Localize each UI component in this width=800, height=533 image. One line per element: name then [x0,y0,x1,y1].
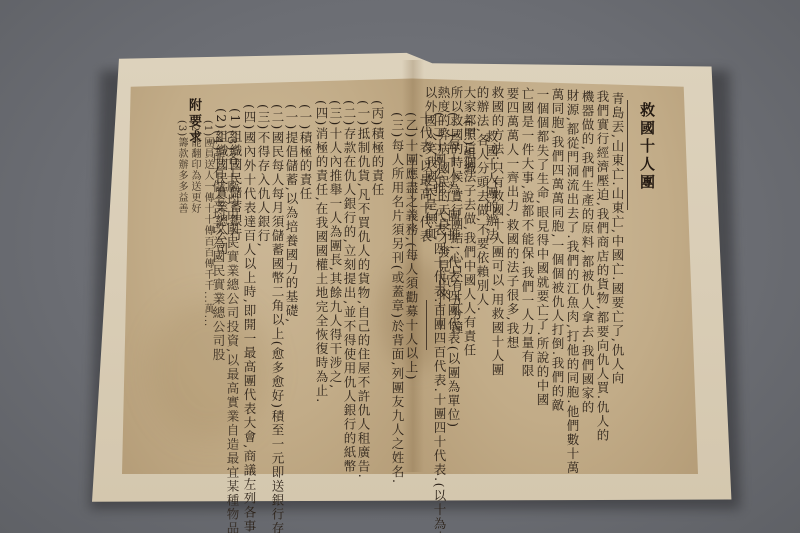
text-column: (三)每人所用名片須另刊(或蓋章)於背面,列團友九人之姓名. [390,112,404,362]
text-column: (二)國民每人每月須儲蓄國幣二角以上(愈多愈好)積至一元即送銀行存儲 [270,104,284,454]
text-column: 亡國是一件大事,說都不能保.我們一人力量有限 [520,87,534,378]
appendix-item: (3)籌款辦多多益善 [174,120,188,210]
section-heading-positive: (丙)積極的責任 [370,100,384,140]
text-column: (乙)十團應盡之義務,(每人須勸募十人以上) [404,112,418,312]
appendix-item: (1)團員送人一傳十十傳百百傳千千...萬... [200,120,214,340]
text-column: 青島丟,山東亡.山東亡,中國亡.國要亡了,仇人向 [610,92,624,385]
text-column: (二)十團公推一代表,四十代表.百團四百代表.十團四十代表.(以十為止)四百萬 [432,112,446,442]
text-column: (三)十人內推舉一人為團長,其餘九人得干涉之, [328,100,342,320]
section-heading-organization: (甲)組織 [462,120,476,150]
bracket-line [412,160,413,260]
section-heading-active: (一)積極的責任 [298,104,312,164]
bracket-line [426,300,427,350]
appendix-item: (2)能翻印為送更好 [187,120,201,210]
document-title: 救國十人團 [640,102,654,192]
text-column: (四)消極的責任,在我國國權土地完全恢復時為止. [314,100,328,340]
text-column: (一)抵制仇貨,凡不買仇人的貨物,自己的住屋不許仇人租廣告. [356,100,370,450]
text-column: (二)存款在仇人銀行的,立刻提出,並不得使用仇人銀行的紙幣 [342,100,356,440]
text-column: 財源,都從門洞流出去了.我們的江魚肉,打他的同胞.他們數十萬 [565,89,579,475]
text-column: 要四萬萬人一齊出力,救國的法子很多,我想 [505,87,519,350]
list-item: (3)各工廠均由國民實業總公司投資,以最高實業自造最宜某種物品之工廠 [225,130,239,450]
text-column: 十代表,以最高十代表 [418,112,432,312]
text-column: (三)不得存入仇人銀行, [256,104,270,204]
text-column: 萬同胞,我們四萬萬同胞,一個個被仇人打倒.我們的敵 [550,88,564,412]
text-column: (四)國內外十代表達百人以上時,即開一最高團代表大會,商議左列各事 [242,104,256,444]
text-column: 一個個都失了生命,眼見得中國就要亡了.所說的中國 [535,88,549,407]
text-column: (一)提倡儲蓄,以為培養國力的基礎, [284,104,298,334]
title-rule [627,100,628,210]
text-column: 我們實行經濟壓迫,我們商店的貨物,都要向仇人買.仇人的 [595,90,609,442]
text-column: (一)每十人為一團,推一代表.四團代表(以團為單位) [446,112,460,362]
bracket-line [440,260,441,330]
text-column: 機器做的,我們生產的原料,都被仇人拿去.我們國家的 [580,90,594,414]
section-heading: 救國十人團的辦法 [484,130,498,220]
